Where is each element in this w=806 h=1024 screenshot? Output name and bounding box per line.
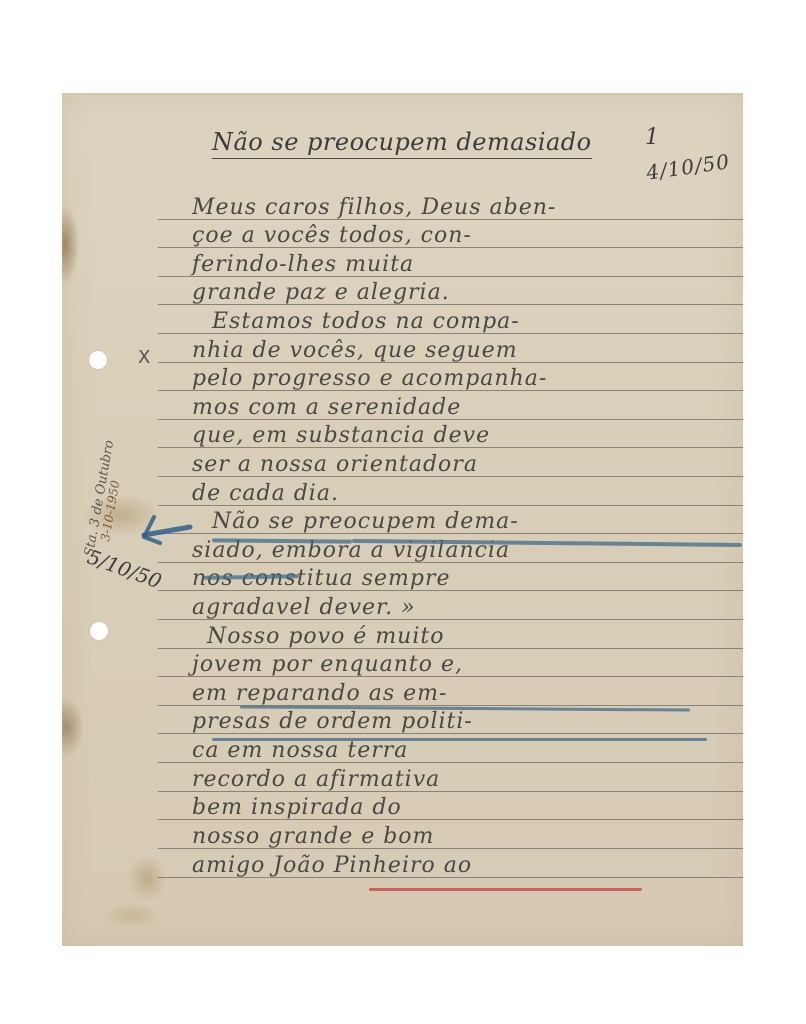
text-line: ferindo-lhes muita (192, 252, 414, 277)
text-line: nhia de vocês, que seguem (192, 338, 518, 363)
text-line: de cada dia. (192, 481, 339, 506)
margin-x-mark: X (138, 347, 150, 368)
text-line: presas de ordem politi- (192, 709, 473, 734)
text-line: em reparando as em- (192, 681, 447, 706)
text-line: Não se preocupem dema- (212, 509, 519, 534)
text-line: jovem por enquanto e, (192, 652, 463, 677)
letter-page: Não se preocupem demasiado 1 4/10/50 Meu… (62, 93, 743, 946)
text-line: Estamos todos na compa- (212, 309, 520, 334)
margin-date: 5/10/50 (84, 545, 165, 594)
text-line: grande paz e alegria. (192, 280, 450, 305)
text-line: que, em substancia deve (192, 423, 490, 448)
blue-underline (212, 738, 707, 741)
text-line: pelo progresso e acompanha- (192, 366, 547, 391)
text-line: agradavel dever. » (192, 595, 416, 620)
text-line: nosso grande e bom (192, 824, 434, 849)
text-line: mos com a serenidade (192, 395, 461, 420)
text-line: ser a nossa orientadora (192, 452, 478, 477)
text-line: bem inspirada do (192, 795, 402, 820)
text-line: çoe a vocês todos, con- (192, 223, 472, 248)
text-line: Meus caros filhos, Deus aben- (192, 195, 556, 220)
text-line: recordo a afirmativa (192, 767, 440, 792)
arrow-left-icon (140, 513, 194, 547)
text-line: amigo João Pinheiro ao (192, 853, 472, 878)
page-number: 1 (645, 125, 660, 150)
punch-hole (89, 351, 107, 369)
punch-hole (90, 622, 108, 640)
text-line: ca em nossa terra (192, 738, 408, 763)
red-underline (369, 888, 642, 891)
letter-title: Não se preocupem demasiado (212, 128, 592, 159)
letter-date: 4/10/50 (645, 149, 732, 184)
text-line: Nosso povo é muito (207, 624, 444, 649)
